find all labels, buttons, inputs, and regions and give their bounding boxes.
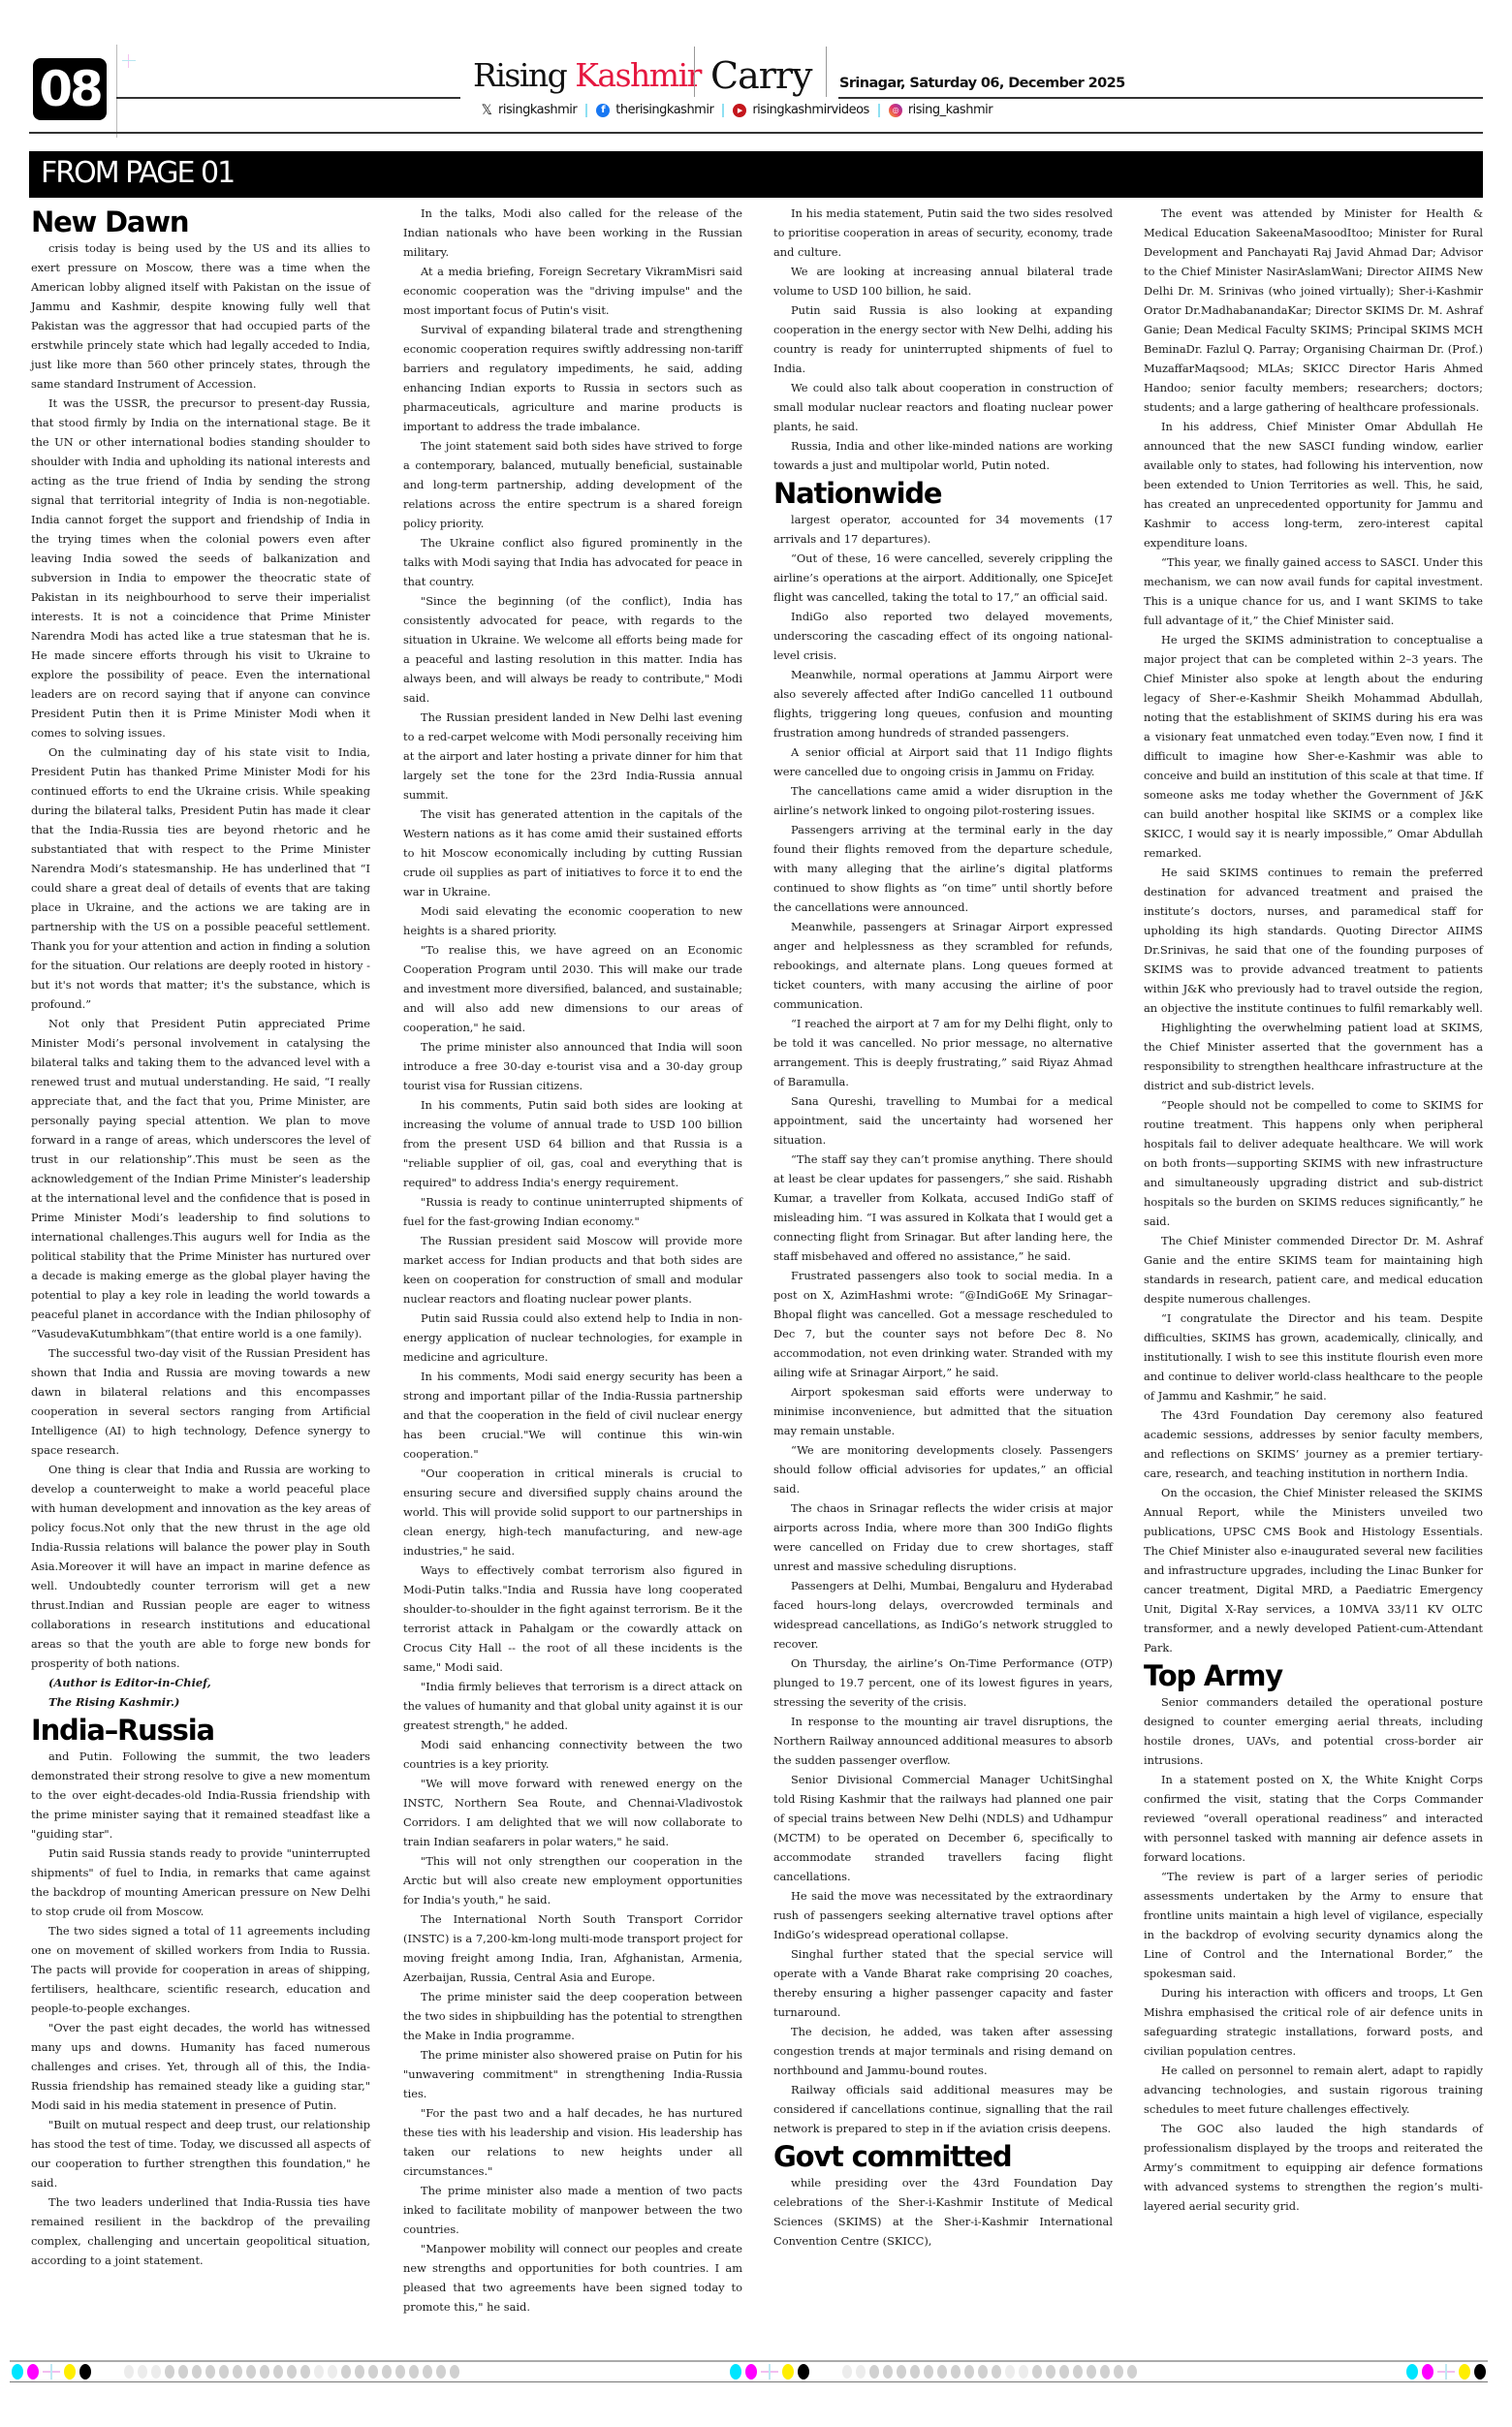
paragraph: He called on personnel to remain alert, … bbox=[1144, 2061, 1483, 2119]
grey-swatch-icon bbox=[1046, 2365, 1055, 2379]
paragraph: On the occasion, the Chief Minister rele… bbox=[1144, 1483, 1483, 1657]
social-separator bbox=[722, 104, 724, 117]
paragraph: The prime minister also announced that I… bbox=[403, 1037, 742, 1095]
grey-swatch-icon bbox=[910, 2365, 920, 2379]
paragraph: Modi said enhancing connectivity between… bbox=[403, 1735, 742, 1774]
paragraph: He said SKIMS continues to remain the pr… bbox=[1144, 863, 1483, 1018]
paragraph: “We are monitoring developments closely.… bbox=[773, 1440, 1113, 1498]
header-rule bbox=[29, 132, 1483, 134]
paragraph: Senior Divisional Commercial Manager Uch… bbox=[773, 1770, 1113, 1886]
paragraph: “People should not be compelled to come … bbox=[1144, 1095, 1483, 1231]
grey-swatch-icon bbox=[205, 2365, 215, 2379]
paragraph: The two sides signed a total of 11 agree… bbox=[31, 1921, 370, 2018]
registration-cross-icon bbox=[43, 2364, 60, 2380]
grey-swatch-icon bbox=[856, 2365, 866, 2379]
column-2: In the talks, Modi also called for the r… bbox=[403, 204, 742, 2317]
headline-govt-committed[interactable]: Govt committed bbox=[773, 2140, 1113, 2173]
header-divider bbox=[116, 45, 117, 138]
cyan-swatch-icon bbox=[12, 2364, 23, 2380]
section-bar: FROM PAGE 01 bbox=[29, 151, 1483, 198]
paragraph: “Out of these, 16 were cancelled, severe… bbox=[773, 549, 1113, 607]
grey-swatch-icon bbox=[436, 2365, 446, 2379]
grey-swatch-icon bbox=[355, 2365, 364, 2379]
paragraph: “I reached the airport at 7 am for my De… bbox=[773, 1014, 1113, 1091]
grey-swatch-icon bbox=[1032, 2365, 1042, 2379]
social-handle-x[interactable]: risingkashmir bbox=[498, 103, 577, 117]
paragraph: Survival of expanding bilateral trade an… bbox=[403, 320, 742, 436]
paragraph: It was the USSR, the precursor to presen… bbox=[31, 394, 370, 742]
section-name: Carry bbox=[710, 54, 812, 97]
paragraph: In his comments, Modi said energy securi… bbox=[403, 1367, 742, 1464]
paragraph: The two leaders underlined that India-Ru… bbox=[31, 2192, 370, 2270]
paragraph: Passengers arriving at the terminal earl… bbox=[773, 820, 1113, 917]
grey-swatch-icon bbox=[842, 2365, 852, 2379]
cyan-swatch-icon bbox=[730, 2364, 741, 2380]
social-handle-instagram[interactable]: rising_kashmir bbox=[908, 103, 992, 117]
paragraph: “This year, we finally gained access to … bbox=[1144, 552, 1483, 630]
paragraph: The visit has generated attention in the… bbox=[403, 804, 742, 901]
black-swatch-icon bbox=[79, 2364, 91, 2380]
grey-swatch-icon bbox=[1100, 2365, 1110, 2379]
paragraph: In his media statement, Putin said the t… bbox=[773, 204, 1113, 262]
grey-swatch-icon bbox=[937, 2365, 947, 2379]
grey-swatch-icon bbox=[992, 2365, 1001, 2379]
paragraph: Russia, India and other like-minded nati… bbox=[773, 436, 1113, 475]
paragraph: Singhal further stated that the special … bbox=[773, 1944, 1113, 2022]
headline-new-dawn[interactable]: New Dawn bbox=[31, 205, 370, 238]
paragraph: The decision, he added, was taken after … bbox=[773, 2022, 1113, 2080]
paragraph: The Russian president landed in New Delh… bbox=[403, 708, 742, 804]
paragraph: The successful two-day visit of the Russ… bbox=[31, 1343, 370, 1460]
paragraph: “The review is part of a larger series o… bbox=[1144, 1867, 1483, 1983]
masthead-kashmir: Kashmir bbox=[575, 56, 701, 94]
article-india-russia: India–Russia and Putin. Following the su… bbox=[31, 1714, 370, 2270]
grey-swatch-icon bbox=[423, 2365, 432, 2379]
grey-swatch-icon bbox=[273, 2365, 283, 2379]
paragraph: In his address, Chief Minister Omar Abdu… bbox=[1144, 417, 1483, 552]
grey-swatch-icon bbox=[1005, 2365, 1015, 2379]
paragraph: "Since the beginning (of the conflict), … bbox=[403, 591, 742, 708]
paragraph: Putin said Russia is also looking at exp… bbox=[773, 300, 1113, 378]
grey-swatch-icon bbox=[395, 2365, 405, 2379]
paragraph: The International North South Transport … bbox=[403, 1909, 742, 1987]
paragraph: Airport spokesman said efforts were unde… bbox=[773, 1382, 1113, 1440]
paragraph: The prime minister also showered praise … bbox=[403, 2045, 742, 2103]
headline-nationwide[interactable]: Nationwide bbox=[773, 477, 1113, 510]
grey-swatch-icon bbox=[246, 2365, 256, 2379]
paragraph: During his interaction with officers and… bbox=[1144, 1983, 1483, 2061]
registration-cross-icon bbox=[761, 2364, 778, 2380]
page-number: 08 bbox=[33, 58, 107, 120]
paragraph: IndiGo also reported two delayed movemen… bbox=[773, 607, 1113, 665]
paragraph: The 43rd Foundation Day ceremony also fe… bbox=[1144, 1405, 1483, 1483]
article-new-dawn: New Dawn crisis today is being used by t… bbox=[31, 205, 370, 1712]
magenta-swatch-icon bbox=[745, 2364, 757, 2380]
paragraph: "Russia is ready to continue uninterrupt… bbox=[403, 1192, 742, 1231]
grey-swatch-icon bbox=[233, 2365, 242, 2379]
author-byline: (Author is Editor-in-Chief, bbox=[31, 1673, 370, 1692]
grey-swatch-icon bbox=[138, 2365, 147, 2379]
paragraph: Senior commanders detailed the operation… bbox=[1144, 1692, 1483, 1770]
grey-swatch-icon bbox=[341, 2365, 351, 2379]
paragraph: Not only that President Putin appreciate… bbox=[31, 1014, 370, 1343]
grey-swatch-icon bbox=[951, 2365, 961, 2379]
paragraph: "For the past two and a half decades, he… bbox=[403, 2103, 742, 2181]
paragraph: The event was attended by Minister for H… bbox=[1144, 204, 1483, 417]
grey-swatch-icon bbox=[869, 2365, 879, 2379]
paragraph: The cancellations came amid a wider disr… bbox=[773, 781, 1113, 820]
paragraph: The joint statement said both sides have… bbox=[403, 436, 742, 533]
grey-swatch-icon bbox=[328, 2365, 337, 2379]
grey-swatch-icon bbox=[1059, 2365, 1069, 2379]
paragraph: In the talks, Modi also called for the r… bbox=[403, 204, 742, 262]
youtube-icon: ▶ bbox=[733, 104, 746, 117]
headline-top-army[interactable]: Top Army bbox=[1144, 1659, 1483, 1692]
yellow-swatch-icon bbox=[1459, 2364, 1470, 2380]
paragraph: "Over the past eight decades, the world … bbox=[31, 2018, 370, 2115]
grey-swatch-icon bbox=[219, 2365, 229, 2379]
paragraph: “The staff say they can’t promise anythi… bbox=[773, 1150, 1113, 1266]
grey-swatch-icon bbox=[883, 2365, 893, 2379]
paragraph: The Ukraine conflict also figured promin… bbox=[403, 533, 742, 591]
paragraph: The GOC also lauded the high standards o… bbox=[1144, 2119, 1483, 2216]
grey-swatch-icon bbox=[368, 2365, 378, 2379]
instagram-icon: ◎ bbox=[889, 104, 902, 117]
grey-swatch-icon bbox=[1019, 2365, 1028, 2379]
color-registration-bar bbox=[10, 2360, 1488, 2382]
paragraph: In a statement posted on X, the White Kn… bbox=[1144, 1770, 1483, 1867]
paragraph: The Russian president said Moscow will p… bbox=[403, 1231, 742, 1308]
dateline: Srinagar, Saturday 06, December 2025 bbox=[839, 76, 1125, 91]
paragraph: "Manpower mobility will connect our peop… bbox=[403, 2239, 742, 2317]
paragraph: The prime minister also made a mention o… bbox=[403, 2181, 742, 2239]
paragraph: At a media briefing, Foreign Secretary V… bbox=[403, 262, 742, 320]
header-separator bbox=[826, 47, 827, 97]
grey-swatch-icon bbox=[978, 2365, 988, 2379]
paragraph: One thing is clear that India and Russia… bbox=[31, 1460, 370, 1673]
column-4: The event was attended by Minister for H… bbox=[1144, 204, 1483, 2216]
paragraph: Putin said Russia could also extend help… bbox=[403, 1308, 742, 1367]
grey-swatch-icon bbox=[382, 2365, 392, 2379]
registration-cross-icon bbox=[1437, 2364, 1455, 2380]
paragraph: "To realise this, we have agreed on an E… bbox=[403, 940, 742, 1037]
paragraph: We could also talk about cooperation in … bbox=[773, 378, 1113, 436]
article-top-army: Top Army Senior commanders detailed the … bbox=[1144, 1659, 1483, 2216]
paragraph: “I congratulate the Director and his tea… bbox=[1144, 1308, 1483, 1405]
registration-mark-icon bbox=[122, 54, 136, 68]
x-icon: 𝕏 bbox=[481, 104, 492, 117]
paragraph: Highlighting the overwhelming patient lo… bbox=[1144, 1018, 1483, 1095]
grey-swatch-icon bbox=[897, 2365, 906, 2379]
paragraph: Frustrated passengers also took to socia… bbox=[773, 1266, 1113, 1382]
paragraph: A senior official at Airport said that 1… bbox=[773, 742, 1113, 781]
author-byline: The Rising Kashmir.) bbox=[31, 1692, 370, 1712]
paragraph: We are looking at increasing annual bila… bbox=[773, 262, 1113, 300]
paragraph: Meanwhile, passengers at Srinagar Airpor… bbox=[773, 917, 1113, 1014]
grey-swatch-icon bbox=[1073, 2365, 1083, 2379]
paragraph: "Our cooperation in critical minerals is… bbox=[403, 1464, 742, 1560]
paragraph: and Putin. Following the summit, the two… bbox=[31, 1747, 370, 1844]
grey-swatch-icon bbox=[151, 2365, 161, 2379]
grey-swatch-icon bbox=[178, 2365, 188, 2379]
header-separator bbox=[694, 47, 695, 97]
header-rule bbox=[838, 97, 1483, 99]
grey-swatch-icon bbox=[1127, 2365, 1137, 2379]
social-separator bbox=[878, 104, 880, 117]
grey-swatch-icon bbox=[192, 2365, 202, 2379]
paragraph: The prime minister said the deep coopera… bbox=[403, 1987, 742, 2045]
paragraph: Putin said Russia stands ready to provid… bbox=[31, 1844, 370, 1921]
paragraph: He urged the SKIMS administration to con… bbox=[1144, 630, 1483, 863]
paragraph: Ways to effectively combat terrorism als… bbox=[403, 1560, 742, 1677]
grey-swatch-icon bbox=[314, 2365, 324, 2379]
grey-swatch-icon bbox=[165, 2365, 174, 2379]
social-handle-youtube[interactable]: risingkashmirvideos bbox=[752, 103, 869, 117]
paragraph: Modi said elevating the economic coopera… bbox=[403, 901, 742, 940]
section-bar-label: FROM PAGE 01 bbox=[41, 156, 234, 190]
paragraph: while presiding over the 43rd Foundation… bbox=[773, 2173, 1113, 2251]
masthead-rising: Rising bbox=[473, 56, 575, 94]
paragraph: "This will not only strengthen our coope… bbox=[403, 1851, 742, 1909]
paragraph: Railway officials said additional measur… bbox=[773, 2080, 1113, 2138]
grey-swatch-icon bbox=[260, 2365, 269, 2379]
paragraph: He said the move was necessitated by the… bbox=[773, 1886, 1113, 1944]
magenta-swatch-icon bbox=[1422, 2364, 1433, 2380]
column-1: New Dawn crisis today is being used by t… bbox=[31, 204, 370, 2270]
article-nationwide: Nationwide largest operator, accounted f… bbox=[773, 477, 1113, 2138]
grey-swatch-icon bbox=[287, 2365, 297, 2379]
paragraph: "India firmly believes that terrorism is… bbox=[403, 1677, 742, 1735]
paragraph: "Built on mutual respect and deep trust,… bbox=[31, 2115, 370, 2192]
paragraph: On Thursday, the airline’s On-Time Perfo… bbox=[773, 1654, 1113, 1712]
paragraph: The chaos in Srinagar reflects the wider… bbox=[773, 1498, 1113, 1576]
grey-swatch-icon bbox=[450, 2365, 459, 2379]
paragraph: Passengers at Delhi, Mumbai, Bengaluru a… bbox=[773, 1576, 1113, 1654]
paragraph: Sana Qureshi, travelling to Mumbai for a… bbox=[773, 1091, 1113, 1150]
yellow-swatch-icon bbox=[64, 2364, 76, 2380]
grey-swatch-icon bbox=[924, 2365, 933, 2379]
grey-swatch-icon bbox=[1087, 2365, 1096, 2379]
social-handles: 𝕏 risingkashmir f therisingkashmir ▶ ris… bbox=[481, 103, 992, 117]
paragraph: On the culminating day of his state visi… bbox=[31, 742, 370, 1014]
paragraph: In response to the mounting air travel d… bbox=[773, 1712, 1113, 1770]
paragraph: crisis today is being used by the US and… bbox=[31, 238, 370, 394]
grey-swatch-icon bbox=[1114, 2365, 1123, 2379]
social-separator bbox=[585, 104, 587, 117]
masthead-logo: Rising Kashmir bbox=[473, 56, 701, 94]
black-swatch-icon bbox=[1474, 2364, 1486, 2380]
black-swatch-icon bbox=[798, 2364, 809, 2380]
column-3: In his media statement, Putin said the t… bbox=[773, 204, 1113, 2251]
headline-india-russia[interactable]: India–Russia bbox=[31, 1714, 370, 1747]
yellow-swatch-icon bbox=[782, 2364, 794, 2380]
paragraph: In his comments, Putin said both sides a… bbox=[403, 1095, 742, 1192]
article-govt-committed: Govt committed while presiding over the … bbox=[773, 2140, 1113, 2251]
social-handle-facebook[interactable]: therisingkashmir bbox=[615, 103, 713, 117]
grey-swatch-icon bbox=[124, 2365, 134, 2379]
paragraph: Meanwhile, normal operations at Jammu Ai… bbox=[773, 665, 1113, 742]
paragraph: largest operator, accounted for 34 movem… bbox=[773, 510, 1113, 549]
grey-swatch-icon bbox=[300, 2365, 310, 2379]
grey-swatch-icon bbox=[409, 2365, 419, 2379]
header-rule bbox=[116, 97, 460, 99]
paragraph: The Chief Minister commended Director Dr… bbox=[1144, 1231, 1483, 1308]
cyan-swatch-icon bbox=[1406, 2364, 1418, 2380]
facebook-icon: f bbox=[596, 104, 610, 117]
paragraph: "We will move forward with renewed energ… bbox=[403, 1774, 742, 1851]
grey-swatch-icon bbox=[964, 2365, 974, 2379]
magenta-swatch-icon bbox=[27, 2364, 39, 2380]
